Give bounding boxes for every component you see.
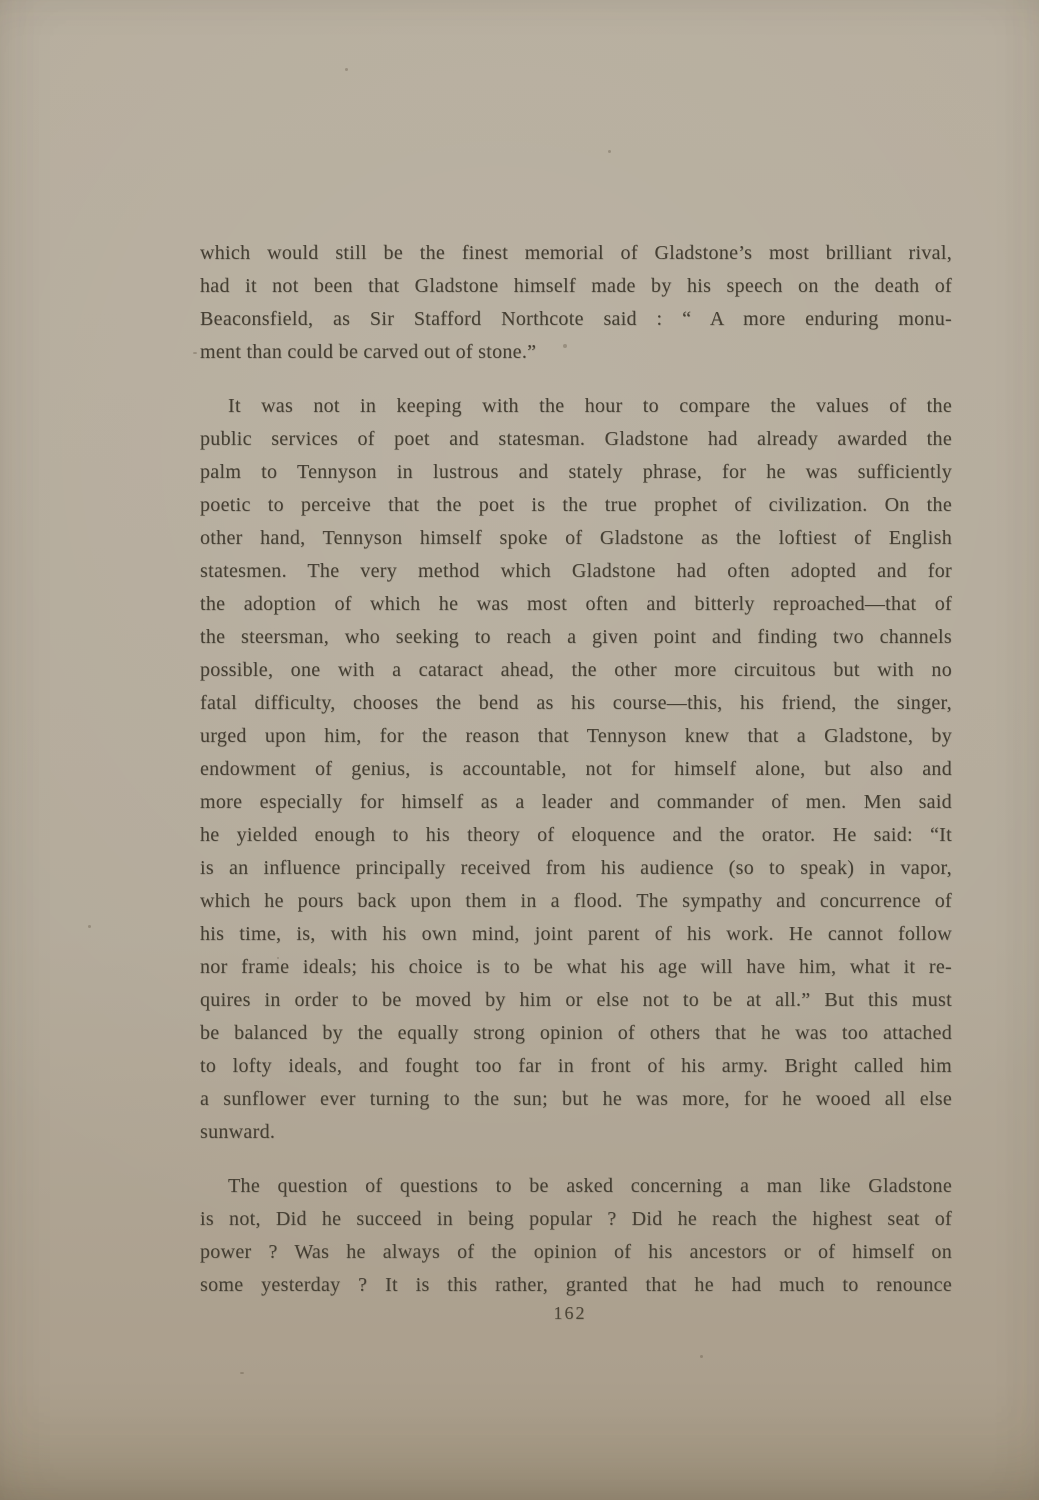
text-line: poetic to perceive that the poet is the … bbox=[200, 489, 952, 522]
text-line: sunward. bbox=[200, 1116, 952, 1149]
text-line: more especially for himself as a leader … bbox=[200, 786, 952, 819]
text-line: quires in order to be moved by him or el… bbox=[200, 984, 952, 1017]
scan-speck bbox=[345, 68, 348, 71]
text-line: he yielded enough to his theory of eloqu… bbox=[200, 819, 952, 852]
paragraph: which would still be the finest memorial… bbox=[200, 237, 952, 369]
text-line: which would still be the finest memorial… bbox=[200, 237, 952, 270]
text-line: endowment of genius, is accountable, not… bbox=[200, 753, 952, 786]
scan-speck bbox=[88, 925, 91, 928]
paragraph: It was not in keeping with the hour to c… bbox=[200, 390, 952, 1149]
text-line: public services of poet and statesman. G… bbox=[200, 423, 952, 456]
text-line: statesmen. The very method which Gladsto… bbox=[200, 555, 952, 588]
text-line: a sunflower ever turning to the sun; but… bbox=[200, 1083, 952, 1116]
text-line: the steersman, who seeking to reach a gi… bbox=[200, 621, 952, 654]
text-line: the adoption of which he was most often … bbox=[200, 588, 952, 621]
text-line: Beaconsfield, as Sir Stafford Northcote … bbox=[200, 303, 952, 336]
text-line: is not, Did he succeed in being popular … bbox=[200, 1203, 952, 1236]
text-line: ment than could be carved out of stone.” bbox=[200, 336, 952, 369]
text-line: other hand, Tennyson himself spoke of Gl… bbox=[200, 522, 952, 555]
text-line: The question of questions to be asked co… bbox=[200, 1170, 952, 1203]
scan-speck bbox=[240, 1372, 244, 1374]
scan-speck bbox=[563, 344, 567, 348]
page-text-block: which would still be the finest memorial… bbox=[200, 237, 952, 1302]
page-number: 162 bbox=[200, 1303, 940, 1324]
scan-speck bbox=[193, 352, 197, 354]
scan-speck bbox=[700, 1355, 703, 1358]
text-line: is an influence principally received fro… bbox=[200, 852, 952, 885]
scan-speck bbox=[608, 150, 611, 153]
text-line: nor frame ideals; his choice is to be wh… bbox=[200, 951, 952, 984]
text-line: possible, one with a cataract ahead, the… bbox=[200, 654, 952, 687]
scan-speck bbox=[277, 957, 279, 959]
text-line: urged upon him, for the reason that Tenn… bbox=[200, 720, 952, 753]
text-line: his time, is, with his own mind, joint p… bbox=[200, 918, 952, 951]
text-line: some yesterday ? It is this rather, gran… bbox=[200, 1269, 952, 1302]
text-line: palm to Tennyson in lustrous and stately… bbox=[200, 456, 952, 489]
text-line: power ? Was he always of the opinion of … bbox=[200, 1236, 952, 1269]
text-line: be balanced by the equally strong opinio… bbox=[200, 1017, 952, 1050]
text-line: had it not been that Gladstone himself m… bbox=[200, 270, 952, 303]
text-line: which he pours back upon them in a flood… bbox=[200, 885, 952, 918]
text-line: fatal difficulty, chooses the bend as hi… bbox=[200, 687, 952, 720]
text-line: to lofty ideals, and fought too far in f… bbox=[200, 1050, 952, 1083]
paragraph: The question of questions to be asked co… bbox=[200, 1170, 952, 1302]
text-line: It was not in keeping with the hour to c… bbox=[200, 390, 952, 423]
book-page: which would still be the finest memorial… bbox=[0, 0, 1039, 1500]
